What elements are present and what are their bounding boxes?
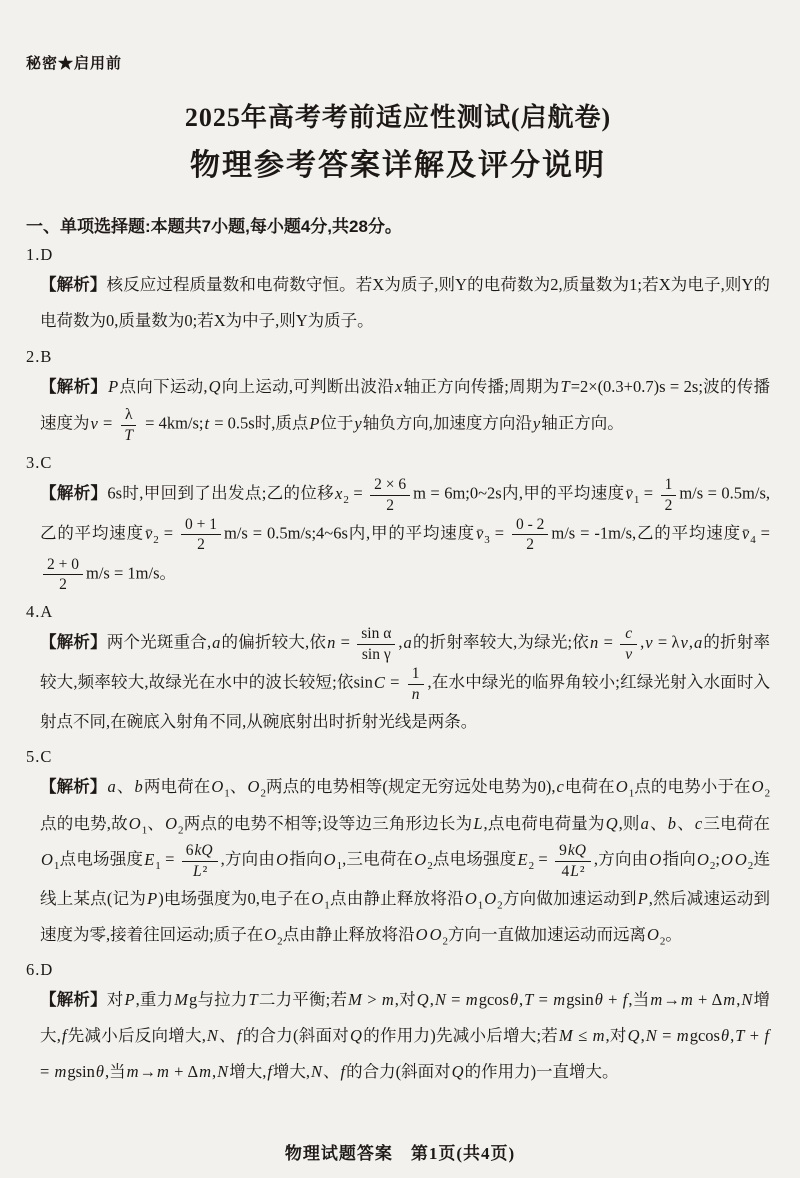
question-block: 4.A【解析】两个光斑重合,a的偏折较大,依n = sin αsin γ,a的折… xyxy=(26,602,770,739)
question-answer: 1.D xyxy=(26,245,770,265)
classification-label: 秘密★启用前 xyxy=(26,52,770,73)
question-answer: 4.A xyxy=(26,602,770,622)
question-analysis: 【解析】P点向下运动,Q向上运动,可判断出波沿x轴正方向传播;周期为T=2×(0… xyxy=(40,369,770,445)
fraction: 6kQL² xyxy=(182,841,218,881)
analysis-label: 【解析】 xyxy=(40,485,107,503)
page-title: 物理参考答案详解及评分说明 xyxy=(26,140,770,184)
question-analysis: 【解析】a、b两电荷在O1、O2两点的电势相等(规定无穷远处电势为0),c电荷在… xyxy=(40,769,770,952)
questions-list: 1.D【解析】核反应过程质量数和电荷数守恒。若X为质子,则Y的电荷数为2,质量数… xyxy=(26,245,770,1089)
fraction: 12 xyxy=(661,475,677,515)
analysis-label: 【解析】 xyxy=(40,634,107,652)
exam-answer-page: 秘密★启用前 2025年高考考前适应性测试(启航卷) 物理参考答案详解及评分说明… xyxy=(0,0,800,1178)
question-analysis: 【解析】6s时,甲回到了出发点;乙的位移x2 = 2 × 62m = 6m;0~… xyxy=(40,475,770,594)
question-block: 2.B【解析】P点向下运动,Q向上运动,可判断出波沿x轴正方向传播;周期为T=2… xyxy=(26,347,770,445)
fraction: 0 + 12 xyxy=(181,515,221,555)
fraction: λT xyxy=(119,405,138,445)
fraction: 9kQ4L² xyxy=(555,841,591,881)
question-block: 5.C【解析】a、b两电荷在O1、O2两点的电势相等(规定无穷远处电势为0),c… xyxy=(26,747,770,952)
question-analysis: 【解析】两个光斑重合,a的偏折较大,依n = sin αsin γ,a的折射率较… xyxy=(40,624,770,739)
question-block: 6.D【解析】对P,重力Mg与拉力T二力平衡;若M > m,对Q,N = mgc… xyxy=(26,960,770,1089)
question-block: 3.C【解析】6s时,甲回到了出发点;乙的位移x2 = 2 × 62m = 6m… xyxy=(26,453,770,594)
fraction: 2 + 02 xyxy=(43,555,83,595)
question-block: 1.D【解析】核反应过程质量数和电荷数守恒。若X为质子,则Y的电荷数为2,质量数… xyxy=(26,245,770,339)
page-footer: 物理试题答案 第1页(共4页) xyxy=(0,1139,800,1164)
analysis-label: 【解析】 xyxy=(40,276,106,294)
question-answer: 3.C xyxy=(26,453,770,473)
fraction: 1n xyxy=(407,664,425,704)
analysis-label: 【解析】 xyxy=(40,778,106,796)
question-analysis: 【解析】核反应过程质量数和电荷数守恒。若X为质子,则Y的电荷数为2,质量数为1;… xyxy=(40,267,770,339)
analysis-label: 【解析】 xyxy=(40,378,107,396)
fraction: 0 - 22 xyxy=(512,515,548,555)
fraction: cv xyxy=(620,624,637,664)
analysis-label: 【解析】 xyxy=(40,991,107,1009)
question-answer: 2.B xyxy=(26,347,770,367)
fraction: sin αsin γ xyxy=(357,624,395,664)
question-answer: 6.D xyxy=(26,960,770,980)
section-heading: 一、单项选择题:本题共7小题,每小题4分,共28分。 xyxy=(26,212,770,237)
fraction: 2 × 62 xyxy=(370,475,410,515)
exam-title: 2025年高考考前适应性测试(启航卷) xyxy=(26,97,770,134)
question-analysis: 【解析】对P,重力Mg与拉力T二力平衡;若M > m,对Q,N = mgcosθ… xyxy=(40,982,770,1089)
question-answer: 5.C xyxy=(26,747,770,767)
